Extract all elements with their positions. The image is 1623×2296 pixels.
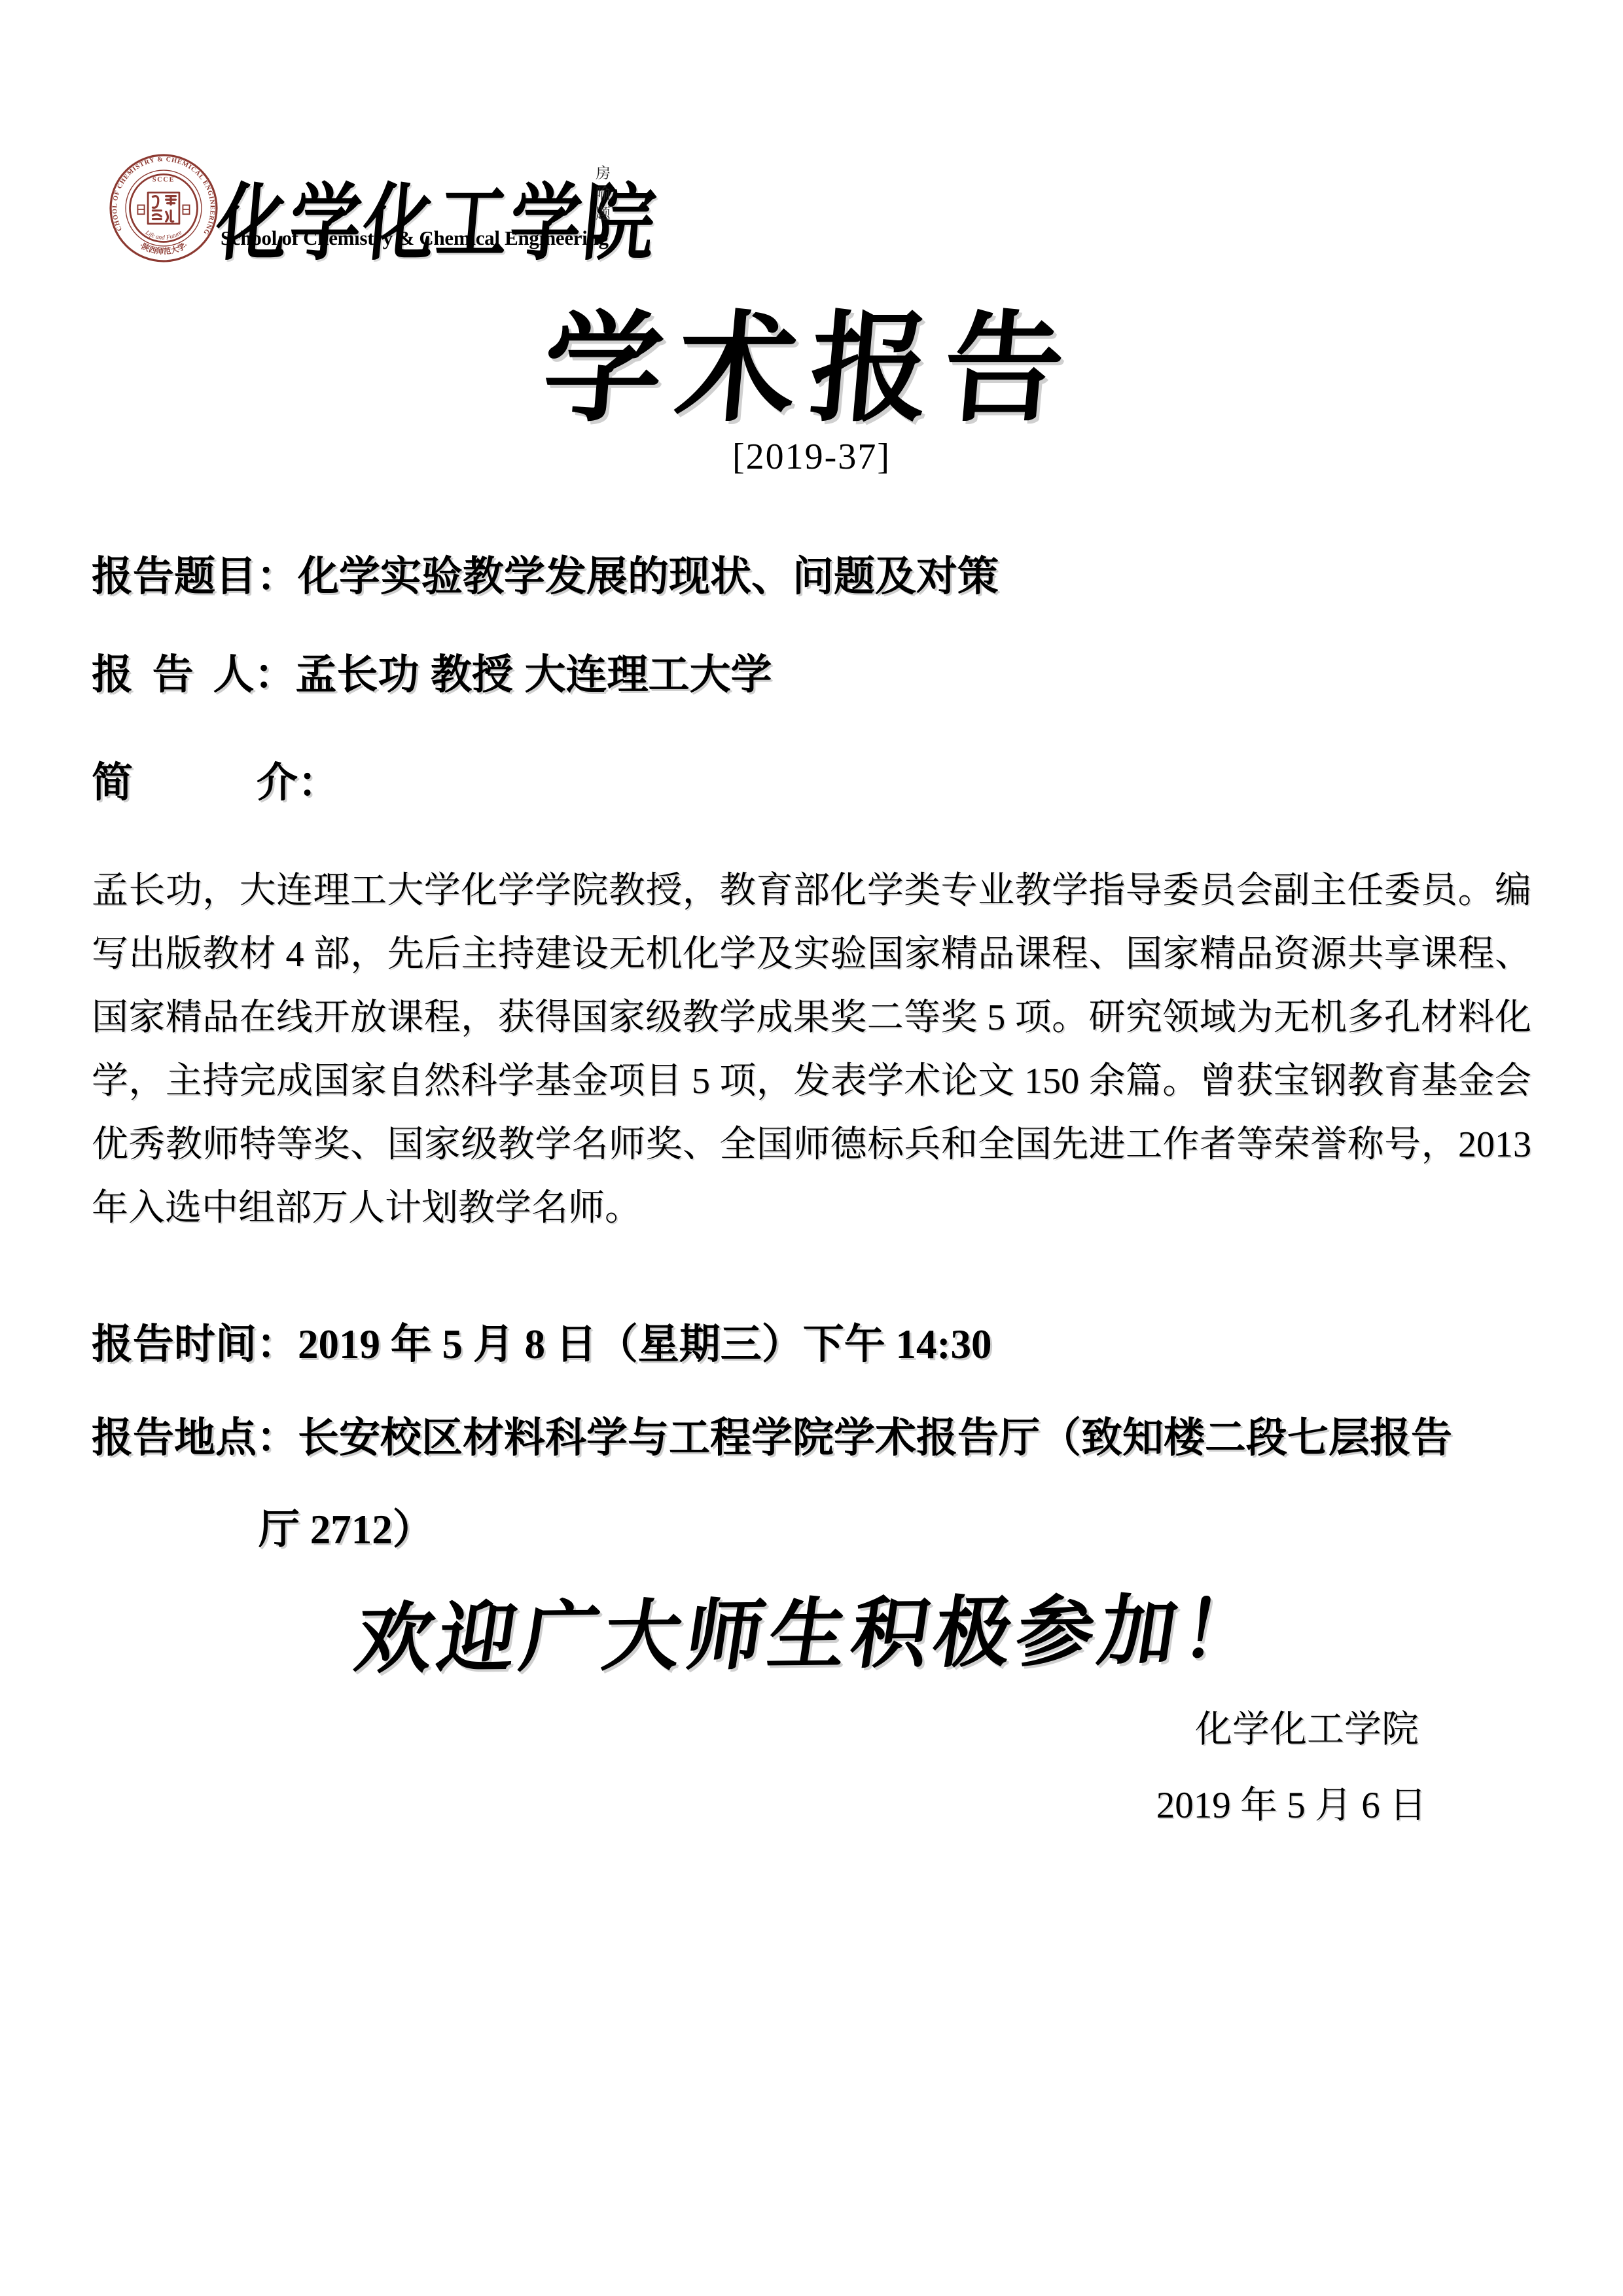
- speaker-line: 报 告 人：孟长功 教授 大连理工大学: [92, 641, 1538, 701]
- venue-text-line2: 厅 2712）: [259, 1507, 434, 1552]
- bio-paragraph: 孟长功，大连理工大学化学学院教授，教育部化学类专业教学指导委员会副主任委员。编写…: [92, 859, 1531, 1240]
- doc-number: [2019-37]: [0, 436, 1623, 478]
- topic-value: 化学实验教学发展的现状、问题及对策: [298, 554, 999, 600]
- time-line: 报告时间：2019 年 5 月 8 日（星期三）下午 14:30: [92, 1311, 1538, 1371]
- signoff-date: 2019 年 5 月 6 日: [1156, 1775, 1427, 1829]
- brand-title-en: School of Chemistry & Chemical Engineeri…: [221, 226, 609, 250]
- topic-line: 报告题目：化学实验教学发展的现状、问题及对策: [92, 543, 1538, 603]
- seal-center-stamp: [148, 192, 179, 224]
- venue-label: 报告地点：: [92, 1415, 298, 1461]
- seal-university: ·陕西师范大学·: [138, 240, 190, 256]
- intro-label: 简 介：: [92, 760, 339, 806]
- time-value: 2019 年 5 月 8 日（星期三）下午 14:30: [298, 1321, 991, 1367]
- welcome-line: 欢迎广大师生积极参加！: [0, 1564, 1623, 1692]
- seal-acronym: SCCE: [152, 177, 175, 184]
- school-seal: SCHOOL OF CHEMISTRY & CHEMICAL ENGINEERI…: [103, 148, 224, 268]
- time-label: 报告时间：: [92, 1321, 298, 1367]
- speaker-value: 孟长功 教授 大连理工大学: [296, 652, 772, 698]
- page-title: 学术报告: [0, 274, 1623, 444]
- seal-side-marks: [137, 205, 189, 214]
- intro-line: 简 介：: [92, 749, 1538, 809]
- calligrapher-signature: 房喻题: [591, 165, 613, 226]
- signoff-org: 化学化工学院: [1195, 1699, 1419, 1753]
- venue-line-continued: 厅 2712）: [259, 1496, 1623, 1556]
- venue-line: 报告地点：长安校区材料科学与工程学院学术报告厅（致知楼二段七层报告: [92, 1405, 1538, 1464]
- topic-label: 报告题目：: [92, 554, 298, 600]
- speaker-label: 报 告 人：: [92, 652, 296, 698]
- svg-text:·陕西师范大学·: ·陕西师范大学·: [138, 240, 190, 256]
- school-seal-icon: SCHOOL OF CHEMISTRY & CHEMICAL ENGINEERI…: [103, 148, 224, 268]
- venue-text-line1: 长安校区材料科学与工程学院学术报告厅（致知楼二段七层报告: [298, 1415, 1452, 1461]
- announcement-page: SCHOOL OF CHEMISTRY & CHEMICAL ENGINEERI…: [0, 0, 1623, 2296]
